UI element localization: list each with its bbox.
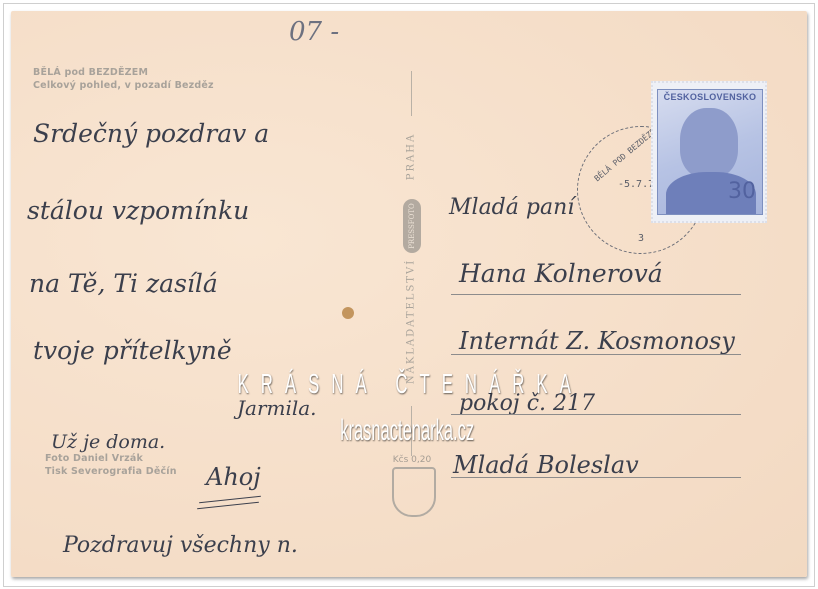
address-underline: [451, 354, 741, 355]
address-line-5: Mladá Boleslav: [453, 451, 639, 479]
address-line-2: Hana Kolnerová: [459, 259, 663, 288]
tourism-tax-stamp: Kčs 0,20: [376, 451, 448, 519]
message-line-1: Srdečný pozdrav a: [33, 119, 269, 148]
watermark-title: KRÁSNÁ ČTENÁŘKA: [165, 368, 656, 400]
message-line-4: tvoje přítelkyně: [33, 336, 232, 365]
photo-credit: Foto Daniel Vrzák: [45, 453, 143, 465]
message-line-7: Ahoj: [206, 463, 261, 491]
shield-icon: [392, 467, 436, 517]
caption-subtitle: Celkový pohled, v pozadí Bezděz: [33, 80, 214, 92]
stamp-value: 30: [728, 179, 756, 204]
pressfoto-logo: PRESSFOTO: [403, 199, 421, 253]
message-line-2: stálou vzpomínku: [27, 196, 249, 225]
address-line-3: Internát Z. Kosmonosy: [459, 327, 735, 355]
postcard-back: 07 - BĚLÁ pod BEZDĚZEM Celkový pohled, v…: [11, 11, 807, 577]
message-line-6: Už je doma.: [51, 431, 165, 453]
caption-title: BĚLÁ pod BEZDĚZEM: [33, 67, 148, 79]
print-credit: Tisk Severografia Děčín: [45, 466, 177, 478]
portrait: [680, 108, 738, 178]
signature-underline: [197, 502, 259, 509]
divider-line: [411, 71, 412, 116]
watermark-url: krasnactenarka.cz: [182, 414, 632, 448]
address-underline: [451, 294, 741, 295]
address-line-1: Mladá paní: [449, 195, 574, 220]
publisher-praha: PRAHA: [406, 133, 417, 180]
message-line-8: Pozdravuj všechny n.: [63, 533, 298, 558]
stamp-country: ČESKOSLOVENSKO: [658, 92, 762, 102]
postmark-number: 3: [638, 233, 644, 244]
catalog-note: 07 -: [289, 17, 339, 47]
tax-stamp-value: Kčs 0,20: [376, 455, 448, 465]
stain: [342, 307, 354, 319]
address-underline: [451, 477, 741, 478]
publisher-nakladatelstvi: NAKLADATELSTVÍ: [406, 259, 417, 384]
postage-stamp: ČESKOSLOVENSKO 30: [651, 81, 767, 223]
message-line-3: na Tě, Ti zasílá: [29, 269, 218, 298]
